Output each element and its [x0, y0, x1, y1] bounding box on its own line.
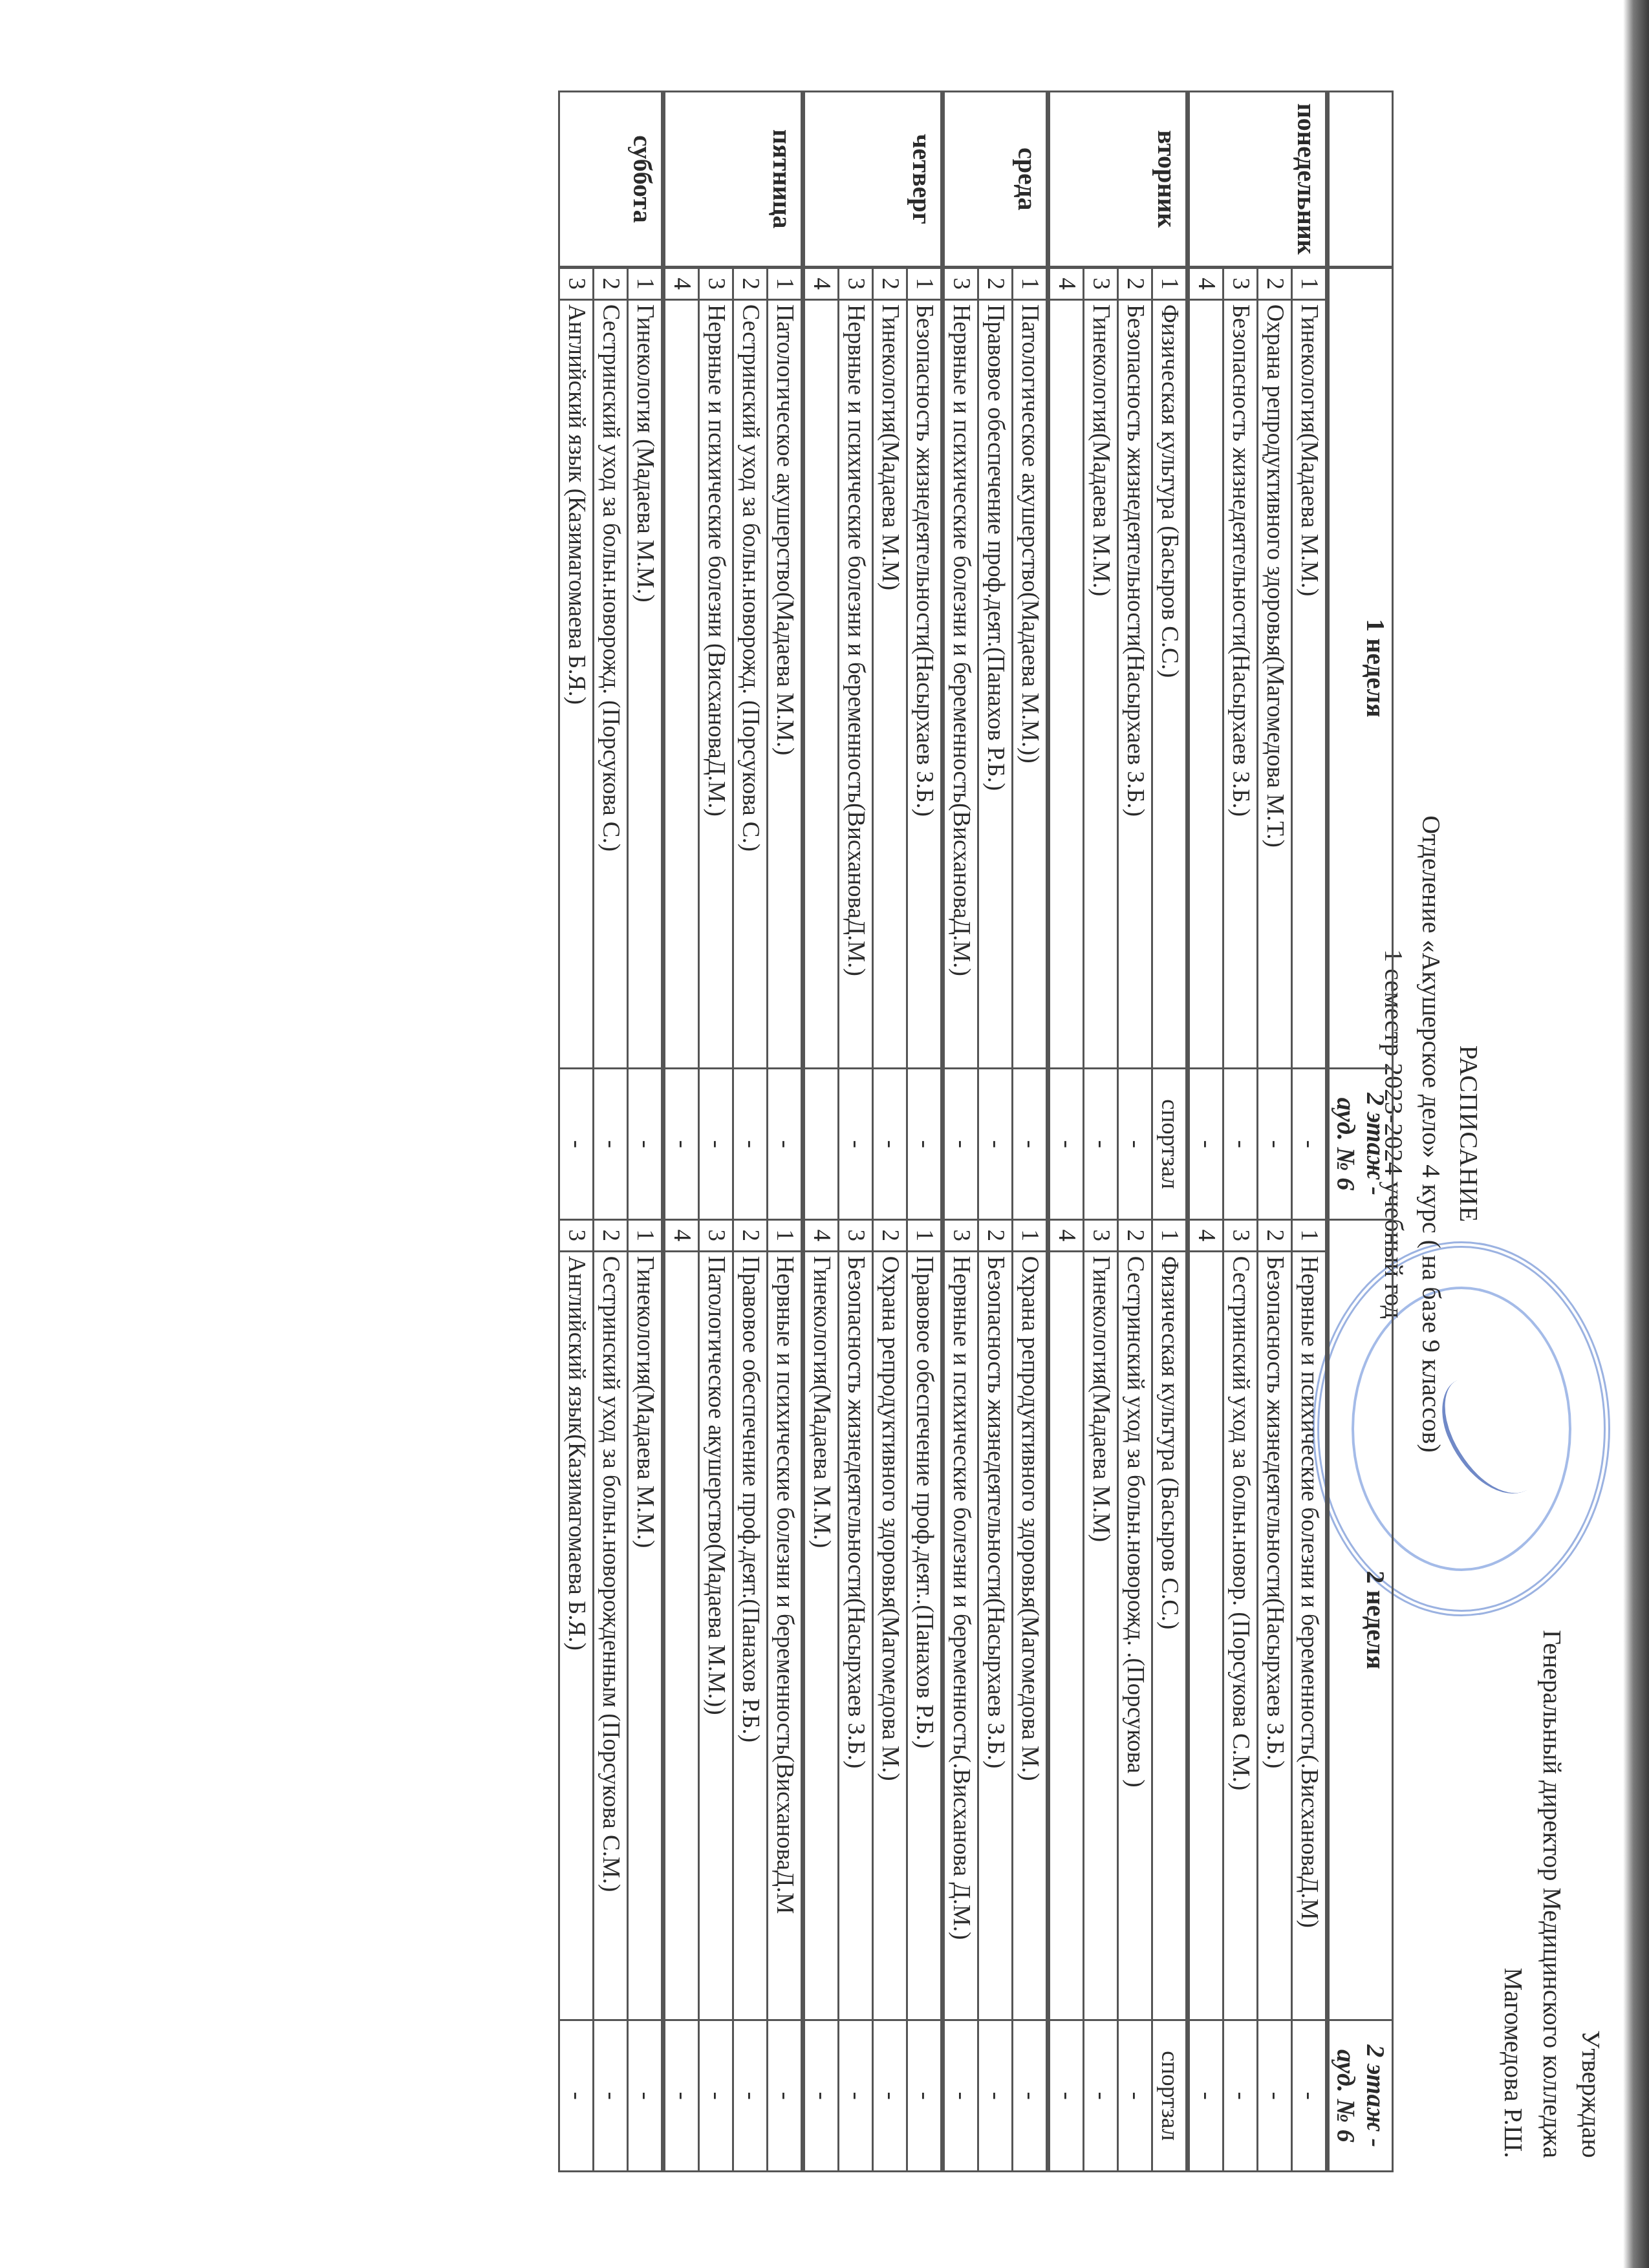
day-header-empty [1328, 92, 1393, 268]
table-header-row: 1 неделя 2 этаж - ауд. № 6 2 неделя 2 эт… [1328, 92, 1393, 2172]
table-row: 2Охрана репродуктивного здоровья(Магомед… [1258, 92, 1292, 2172]
lesson-number: 2 [1258, 1219, 1292, 1251]
week2-room: - [594, 2020, 628, 2172]
table-row: вторник1Физическая культура (Басыров С.С… [1152, 92, 1188, 2172]
week1-subject: Охрана репродуктивного здоровья(Магомедо… [1258, 299, 1292, 1069]
week1-room [803, 1069, 839, 1220]
week1-subject: Английский язык (Казимагомаева Б.Я.) [559, 299, 594, 1069]
lesson-number: 3 [839, 1219, 873, 1251]
week1-room: - [1188, 1069, 1223, 1220]
lesson-number: 3 [839, 267, 873, 299]
week2-room: - [943, 2020, 978, 2172]
week1-subject: Правовое обеспечение проф.деят.(Панахов … [978, 299, 1013, 1069]
week1-room: - [1223, 1069, 1258, 1220]
week2-room: - [699, 2020, 733, 2172]
week2-subject: Безопасность жизнедеятельности(Насырхаев… [978, 1251, 1013, 2020]
lesson-number: 3 [699, 267, 733, 299]
week1-header: 1 неделя [1328, 267, 1393, 1069]
table-row: 3Гинекология(Мадаева М.М.)-3Гинекология(… [1084, 92, 1118, 2172]
week2-subject: Охрана репродуктивного здоровья(Магомедо… [873, 1251, 907, 2020]
scanned-page: Утверждаю Генеральный директор Медицинск… [0, 0, 1649, 2268]
lesson-number: 1 [1013, 1219, 1048, 1251]
week2-room: - [873, 2020, 907, 2172]
table-row: понедельник1Гинекология(Мадаева М.М.)-1Н… [1292, 92, 1328, 2172]
table-row: 3Нервные и психические болезни и беремен… [839, 92, 873, 2172]
week2-subject: Безопасность жизнедеятельности(Насырхаев… [1258, 1251, 1292, 2020]
week1-subject: Нервные и психические болезни и беременн… [839, 299, 873, 1069]
lesson-number: 1 [907, 1219, 943, 1251]
week1-room: спортзал [1152, 1069, 1188, 1220]
week1-subject [1048, 299, 1084, 1069]
week1-room: - [943, 1069, 978, 1220]
week1-subject: Нервные и психические болезни и беременн… [943, 299, 978, 1069]
week2-header: 2 неделя [1328, 1219, 1393, 2020]
week2-subject: Нервные и психические болезни и беременн… [768, 1251, 803, 2020]
lesson-number: 4 [1048, 1219, 1084, 1251]
lesson-number: 1 [768, 1219, 803, 1251]
table-row: четверг1Безопасность жизнедеятельности(Н… [907, 92, 943, 2172]
table-row: 3Безопасность жизнедеятельности(Насырхае… [1223, 92, 1258, 2172]
lesson-number: 4 [1188, 267, 1223, 299]
week1-subject: Патологическое акушерство(Мадаева М.М.)) [1013, 299, 1048, 1069]
week2-room: - [1292, 2020, 1328, 2172]
table-row: 4-4- [663, 92, 699, 2172]
table-row: 4-4- [1048, 92, 1084, 2172]
week1-subject [803, 299, 839, 1069]
week1-room-header: 2 этаж - ауд. № 6 [1328, 1069, 1393, 1220]
week2-subject: Гинекология(Мадаева М.М) [1084, 1251, 1118, 2020]
week1-subject: Безопасность жизнедеятельности(Насырхаев… [1118, 299, 1152, 1069]
week1-subject: Гинекология(Мадаева М.М.) [1292, 299, 1328, 1069]
approval-block: Утверждаю Генеральный директор Медицинск… [1494, 1630, 1610, 2158]
week2-subject: Сестринский уход за больн.новор. (Порсук… [1223, 1251, 1258, 2020]
approval-label: Утверждаю [1571, 1630, 1610, 2158]
lesson-number: 2 [978, 1219, 1013, 1251]
lesson-number: 3 [699, 1219, 733, 1251]
day-name: пятница [663, 92, 803, 268]
week1-room: - [1292, 1069, 1328, 1220]
table-row: 3Нервные и психические болезни и беремен… [943, 92, 978, 2172]
week2-room: - [733, 2020, 768, 2172]
week1-subject: Сестринский уход за больн.новорожд. (Пор… [733, 299, 768, 1069]
week1-subject: Физическая культура (Басыров С.С.) [1152, 299, 1188, 1069]
week2-room: - [978, 2020, 1013, 2172]
week2-subject: Нервные и психические болезни и беременн… [1292, 1251, 1328, 2020]
lesson-number: 1 [628, 1219, 663, 1251]
week1-room: - [1118, 1069, 1152, 1220]
week1-subject: Безопасность жизнедеятельности(Насырхаев… [1223, 299, 1258, 1069]
schedule-table: 1 неделя 2 этаж - ауд. № 6 2 неделя 2 эт… [558, 91, 1394, 2172]
table-row: суббота1Гинекология (Мадаева М.М.)-1Гине… [628, 92, 663, 2172]
week1-room: - [733, 1069, 768, 1220]
lesson-number: 2 [873, 1219, 907, 1251]
week1-subject: Гинекология (Мадаева М.М.) [628, 299, 663, 1069]
week2-room: - [1118, 2020, 1152, 2172]
lesson-number: 1 [628, 267, 663, 299]
week1-room: - [594, 1069, 628, 1220]
week1-room: - [1013, 1069, 1048, 1220]
week2-room: - [559, 2020, 594, 2172]
table-row: 3Нервные и психические болезни (Висханов… [699, 92, 733, 2172]
week2-room: - [768, 2020, 803, 2172]
week2-subject: Безопасность жизнедеятельности(Насырхаев… [839, 1251, 873, 2020]
week1-room: - [699, 1069, 733, 1220]
week1-subject: Нервные и психические болезни (Висханова… [699, 299, 733, 1069]
lesson-number: 3 [1223, 1219, 1258, 1251]
week1-room: - [1048, 1069, 1084, 1220]
day-name: вторник [1048, 92, 1188, 268]
lesson-number: 3 [943, 1219, 978, 1251]
week1-subject: Гинекология(Мадаева М.М.) [1084, 299, 1118, 1069]
lesson-number: 2 [594, 1219, 628, 1251]
title-department: Отделение «Акушерское дело» 4 курс ( на … [1412, 0, 1450, 2268]
week1-room: - [559, 1069, 594, 1220]
table-row: среда1Патологическое акушерство(Мадаева … [1013, 92, 1048, 2172]
week2-room: - [907, 2020, 943, 2172]
week2-room: - [628, 2020, 663, 2172]
lesson-number: 2 [733, 1219, 768, 1251]
week2-subject [1048, 1251, 1084, 2020]
day-name: понедельник [1188, 92, 1328, 268]
week2-subject: Английский язык(Казимагомаева Б.Я.) [559, 1251, 594, 2020]
week2-room: спортзал [1152, 2020, 1188, 2172]
week1-subject [663, 299, 699, 1069]
lesson-number: 1 [1152, 1219, 1188, 1251]
week1-room: - [628, 1069, 663, 1220]
week2-room: - [1188, 2020, 1223, 2172]
week1-room: - [978, 1069, 1013, 1220]
table-row: 2Гинекология(Мадаева М.М)-2Охрана репрод… [873, 92, 907, 2172]
week1-subject: Безопасность жизнедеятельности(Насырхаев… [907, 299, 943, 1069]
lesson-number: 2 [733, 267, 768, 299]
week2-subject: Физическая культура (Басыров С.С.) [1152, 1251, 1188, 2020]
week2-room: - [663, 2020, 699, 2172]
week2-room: - [1084, 2020, 1118, 2172]
table-row: 2Правовое обеспечение проф.деят.(Панахов… [978, 92, 1013, 2172]
table-row: 2Сестринский уход за больн.новорожд. (По… [733, 92, 768, 2172]
lesson-number: 1 [768, 267, 803, 299]
week2-room: - [1223, 2020, 1258, 2172]
week2-room: - [803, 2020, 839, 2172]
lesson-number: 4 [1048, 267, 1084, 299]
week2-room: - [1013, 2020, 1048, 2172]
week1-room: - [1084, 1069, 1118, 1220]
scan-edge [1623, 0, 1649, 2268]
week2-subject: Сестринский уход за больн.новорожд. .(По… [1118, 1251, 1152, 2020]
table-row: 2Безопасность жизнедеятельности(Насырхае… [1118, 92, 1152, 2172]
lesson-number: 4 [1188, 1219, 1223, 1251]
lesson-number: 3 [943, 267, 978, 299]
lesson-number: 2 [1118, 1219, 1152, 1251]
lesson-number: 2 [1118, 267, 1152, 299]
lesson-number: 1 [1013, 267, 1048, 299]
table-row: пятница1Патологическое акушерство(Мадаев… [768, 92, 803, 2172]
table-row: 4-4- [1188, 92, 1223, 2172]
lesson-number: 3 [1084, 1219, 1118, 1251]
approval-name: Магомедова Р.Ш. [1494, 1630, 1533, 2158]
week2-subject: Сестринский уход за больн.новорожденным … [594, 1251, 628, 2020]
day-name: среда [943, 92, 1048, 268]
table-row: 3Английский язык (Казимагомаева Б.Я.)-3А… [559, 92, 594, 2172]
week2-subject [663, 1251, 699, 2020]
week1-room: - [839, 1069, 873, 1220]
week1-room: - [907, 1069, 943, 1220]
week2-subject: Нервные и психические болезни и беременн… [943, 1251, 978, 2020]
title-heading: РАСПИСАНИЕ [1450, 0, 1487, 2268]
lesson-number: 1 [1292, 1219, 1328, 1251]
lesson-number: 3 [1223, 267, 1258, 299]
week2-subject: Охрана репродуктивного здоровья(Магомедо… [1013, 1251, 1048, 2020]
lesson-number: 4 [663, 267, 699, 299]
lesson-number: 4 [803, 267, 839, 299]
lesson-number: 1 [1292, 267, 1328, 299]
lesson-number: 4 [663, 1219, 699, 1251]
week2-room-header: 2 этаж - ауд. № 6 [1328, 2020, 1393, 2172]
lesson-number: 2 [594, 267, 628, 299]
week2-subject: Патологическое акушерство(Мадаева М.М.)) [699, 1251, 733, 2020]
table-row: 44Гинекология(Мадаева М.М.)- [803, 92, 839, 2172]
approval-position: Генеральный директор Медицинского коллед… [1533, 1630, 1571, 2158]
lesson-number: 1 [1152, 267, 1188, 299]
week1-subject: Патологическое акушерство(Мадаева М.М.) [768, 299, 803, 1069]
lesson-number: 3 [559, 267, 594, 299]
week1-room: - [1258, 1069, 1292, 1220]
week1-subject: Гинекология(Мадаева М.М) [873, 299, 907, 1069]
week2-subject: Гинекология(Мадаева М.М.) [803, 1251, 839, 2020]
lesson-number: 2 [873, 267, 907, 299]
lesson-number: 3 [1084, 267, 1118, 299]
week1-room: - [663, 1069, 699, 1220]
week1-room: - [768, 1069, 803, 1220]
lesson-number: 2 [978, 267, 1013, 299]
lesson-number: 1 [907, 267, 943, 299]
week2-subject [1188, 1251, 1223, 2020]
week2-room: - [839, 2020, 873, 2172]
week1-subject [1188, 299, 1223, 1069]
table-row: 2Сестринский уход за больн.новорожд. (По… [594, 92, 628, 2172]
day-name: суббота [559, 92, 663, 268]
week2-subject: Правовое обеспечение проф.деят.(Панахов … [733, 1251, 768, 2020]
lesson-number: 2 [1258, 267, 1292, 299]
week2-room: - [1048, 2020, 1084, 2172]
week2-subject: Гинекология(Мадаева М.М.) [628, 1251, 663, 2020]
day-name: четверг [803, 92, 943, 268]
week1-subject: Сестринский уход за больн.новорожд. (Пор… [594, 299, 628, 1069]
lesson-number: 3 [559, 1219, 594, 1251]
week1-room: - [873, 1069, 907, 1220]
week2-room: - [1258, 2020, 1292, 2172]
week2-subject: Правовое обеспечение проф.деят..(Панахов… [907, 1251, 943, 2020]
schedule-body: понедельник1Гинекология(Мадаева М.М.)-1Н… [559, 92, 1328, 2172]
lesson-number: 4 [803, 1219, 839, 1251]
